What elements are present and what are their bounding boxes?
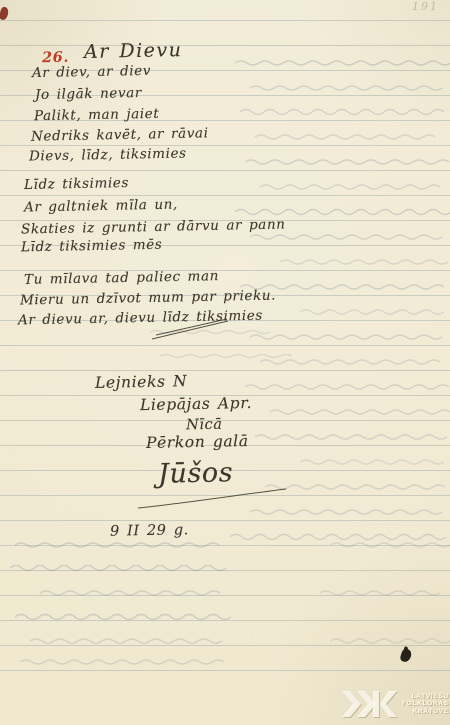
archive-name: LATVIEŠU FOLKLORAS KRĀTUVE: [402, 693, 450, 716]
place: Pērkon galā: [146, 432, 249, 452]
record-date: 9 II 29 g.: [110, 522, 189, 540]
collector-name: Lejnieks N: [95, 372, 188, 392]
house-name: Jūšos: [158, 457, 234, 489]
manuscript-scan: 191 26. Ar Dievu Ar diev, ar diev Jo ilg…: [0, 0, 450, 725]
archive-watermark: LATVIEŠU FOLKLORAS KRĀTUVE: [342, 688, 448, 720]
pen-flourishes: [0, 0, 450, 725]
parish: Nīcā: [186, 417, 223, 434]
district: Liepājas Apr.: [140, 394, 252, 414]
lfk-chevrons-icon: [342, 691, 398, 717]
